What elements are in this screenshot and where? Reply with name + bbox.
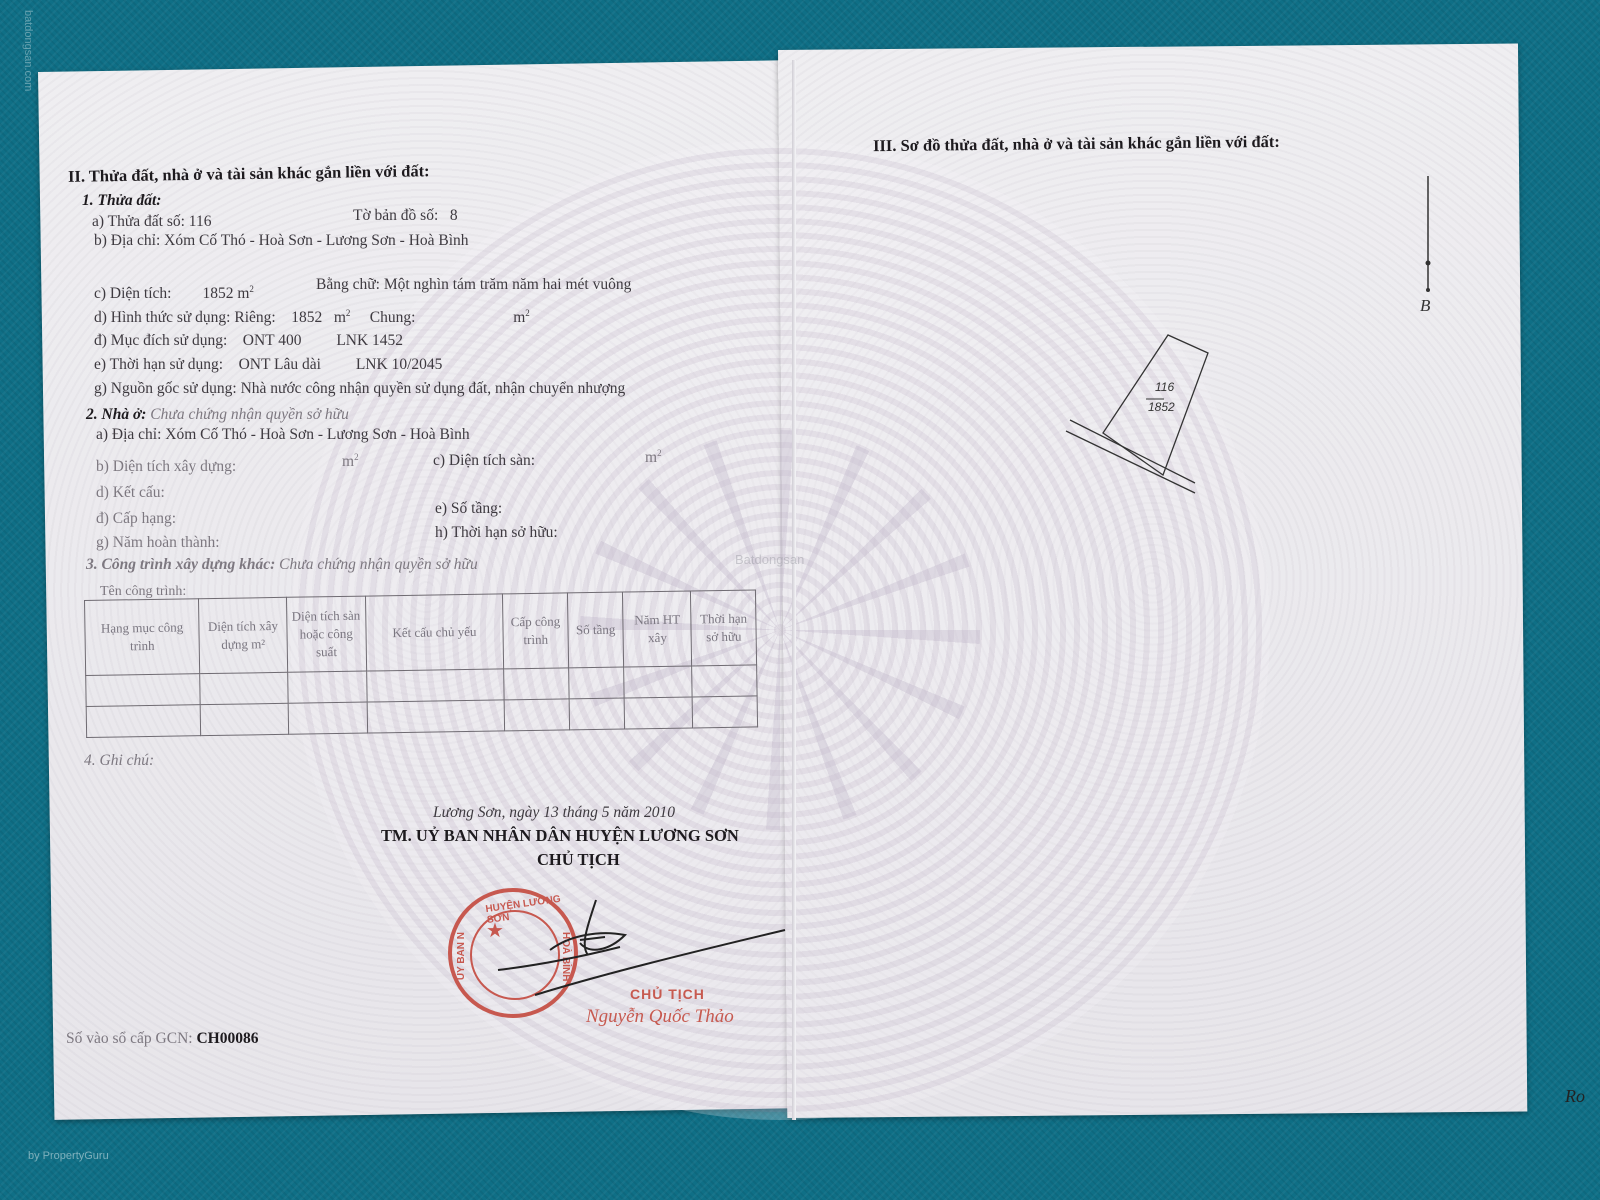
table-cell — [366, 669, 504, 702]
map-sheet-value: 8 — [450, 207, 458, 224]
unit-m: m — [513, 309, 525, 326]
other-works-heading-line: 3. Công trình xây dựng khác: Chưa chứng … — [86, 556, 478, 574]
section-title-ii: II. Thửa đất, nhà ở và tài sản khác gắn … — [68, 161, 430, 187]
floors-label: e) Số tầng: — [435, 500, 502, 518]
table-cell — [568, 667, 624, 699]
table-cell — [288, 702, 367, 734]
table-cell — [692, 665, 757, 697]
built-area-label: b) Diện tích xây dựng: — [96, 458, 236, 476]
stamp-left-text: ỦY BAN N — [456, 932, 467, 980]
term-label: e) Thời hạn sử dụng: — [94, 356, 223, 373]
house-heading-note: Chưa chứng nhận quyền sở hữu — [150, 406, 349, 423]
private-value: 1852 — [291, 309, 322, 326]
table-cell — [692, 696, 757, 728]
table-cell — [624, 697, 693, 729]
table-cell — [200, 672, 288, 704]
origin-value: Nhà nước công nhận quyền sử dụng đất, nh… — [241, 380, 626, 397]
area-words-value: Một nghìn tám trăm năm hai mét vuông — [384, 276, 632, 293]
private-label: Riêng: — [234, 309, 275, 326]
registry-field: Số vào sổ cấp GCN: CH00086 — [66, 1030, 258, 1048]
common-label: Chung: — [370, 309, 416, 326]
initials: Ro — [1565, 1086, 1585, 1107]
works-column-header: Cấp công trình — [503, 593, 569, 669]
area-words-field: Bằng chữ: Một nghìn tám trăm năm hai mét… — [316, 276, 631, 294]
floor-area-label: c) Diện tích sàn: — [433, 452, 535, 470]
registry-value: CH00086 — [196, 1030, 258, 1047]
area-value: 1852 m — [202, 285, 249, 302]
parcel-label: a) Thửa đất số: — [92, 213, 185, 230]
notes-label: 4. Ghi chú: — [84, 752, 154, 770]
issue-date: Lương Sơn, ngày 13 tháng 5 năm 2010 — [433, 804, 675, 822]
term-ont: ONT Lâu dài — [239, 356, 321, 373]
floor-area-unit: m2 — [645, 448, 662, 467]
purpose-lnk: LNK 1452 — [336, 332, 403, 349]
authority-position: CHỦ TỊCH — [537, 850, 620, 870]
table-cell — [624, 666, 693, 698]
works-table-header: Hạng mục công trìnhDiện tích xây dựng m²… — [85, 590, 757, 676]
area-label: c) Diện tích: — [94, 285, 171, 302]
works-column-header: Năm HT xây — [623, 591, 692, 667]
works-table: Hạng mục công trìnhDiện tích xây dựng m²… — [84, 589, 758, 738]
table-cell — [569, 698, 625, 730]
table-cell — [200, 703, 288, 735]
unit-m: m — [334, 309, 346, 326]
purpose-label: đ) Mục đích sử dụng: — [94, 332, 227, 349]
registry-label: Số vào sổ cấp GCN: — [66, 1030, 193, 1047]
purpose-ont: ONT 400 — [243, 332, 302, 349]
signer-title: CHỦ TỊCH — [630, 986, 705, 1002]
land-address-value: Xóm Cố Thó - Hoà Sơn - Lương Sơn - Hoà B… — [164, 232, 468, 249]
works-column-header: Kết cấu chủ yếu — [365, 594, 504, 671]
term-field: e) Thời hạn sử dụng: ONT Lâu dài LNK 10/… — [94, 356, 442, 374]
table-cell — [504, 668, 569, 700]
works-column-header: Số tầng — [567, 592, 624, 668]
completed-label: g) Năm hoàn thành: — [96, 534, 220, 552]
left-page-content: II. Thửa đất, nhà ở và tài sản khác gắn … — [0, 0, 800, 1200]
land-address-label: b) Địa chỉ: — [94, 232, 160, 249]
parcel-number-field: a) Thửa đất số: 116 — [92, 213, 211, 231]
house-heading-line: 2. Nhà ở: Chưa chứng nhận quyền sở hữu — [86, 406, 349, 424]
house-address-label: a) Địa chỉ: — [96, 426, 161, 443]
usage-form-label: d) Hình thức sử dụng: — [94, 309, 231, 326]
map-sheet-label: Tờ bản đồ số: — [353, 207, 438, 224]
right-page — [778, 44, 1527, 1118]
works-column-header: Diện tích sàn hoặc công suất — [286, 596, 366, 672]
parcel-value: 116 — [189, 213, 212, 230]
grade-label: đ) Cấp hạng: — [96, 510, 176, 528]
area-words-label: Bằng chữ: — [316, 276, 380, 293]
issuing-authority: TM. UỶ BAN NHÂN DÂN HUYỆN LƯƠNG SƠN — [381, 826, 739, 846]
other-works-note: Chưa chứng nhận quyền sở hữu — [279, 556, 478, 573]
works-column-header: Hạng mục công trình — [85, 599, 200, 676]
works-table-body — [86, 665, 758, 738]
area-field: c) Diện tích: 1852 m2 — [94, 284, 254, 303]
other-works-heading: 3. Công trình xây dựng khác: — [86, 556, 275, 573]
works-column-header: Thời hạn sở hữu — [691, 590, 757, 666]
works-column-header: Diện tích xây dựng m² — [199, 597, 288, 673]
watermark-bottom: by PropertyGuru — [28, 1150, 109, 1162]
table-cell — [288, 671, 367, 703]
land-heading: 1. Thửa đất: — [82, 192, 161, 210]
term-lnk: LNK 10/2045 — [356, 356, 443, 373]
usage-form-field: d) Hình thức sử dụng: Riêng: 1852 m2 Chu… — [94, 308, 530, 327]
house-address-field: a) Địa chỉ: Xóm Cố Thó - Hoà Sơn - Lương… — [96, 426, 470, 444]
map-sheet-field: Tờ bản đồ số: 8 — [353, 207, 458, 225]
origin-label: g) Nguồn gốc sử dụng: — [94, 380, 237, 397]
table-cell — [86, 705, 201, 738]
unit-m: m — [645, 449, 657, 466]
origin-field: g) Nguồn gốc sử dụng: Nhà nước công nhận… — [94, 380, 625, 398]
house-address-value: Xóm Cố Thó - Hoà Sơn - Lương Sơn - Hoà B… — [165, 426, 469, 443]
unit-m: m — [342, 453, 354, 470]
table-cell — [367, 700, 505, 733]
ownership-term-label: h) Thời hạn sở hữu: — [435, 524, 558, 542]
purpose-field: đ) Mục đích sử dụng: ONT 400 LNK 1452 — [94, 332, 403, 350]
land-address-field: b) Địa chỉ: Xóm Cố Thó - Hoà Sơn - Lương… — [94, 232, 469, 250]
table-cell — [504, 699, 569, 731]
structure-label: d) Kết cấu: — [96, 484, 165, 502]
signer-name: Nguyễn Quốc Thảo — [586, 1006, 734, 1028]
built-area-unit: m2 — [342, 452, 359, 471]
table-cell — [86, 674, 201, 707]
house-heading: 2. Nhà ở: — [86, 406, 146, 423]
